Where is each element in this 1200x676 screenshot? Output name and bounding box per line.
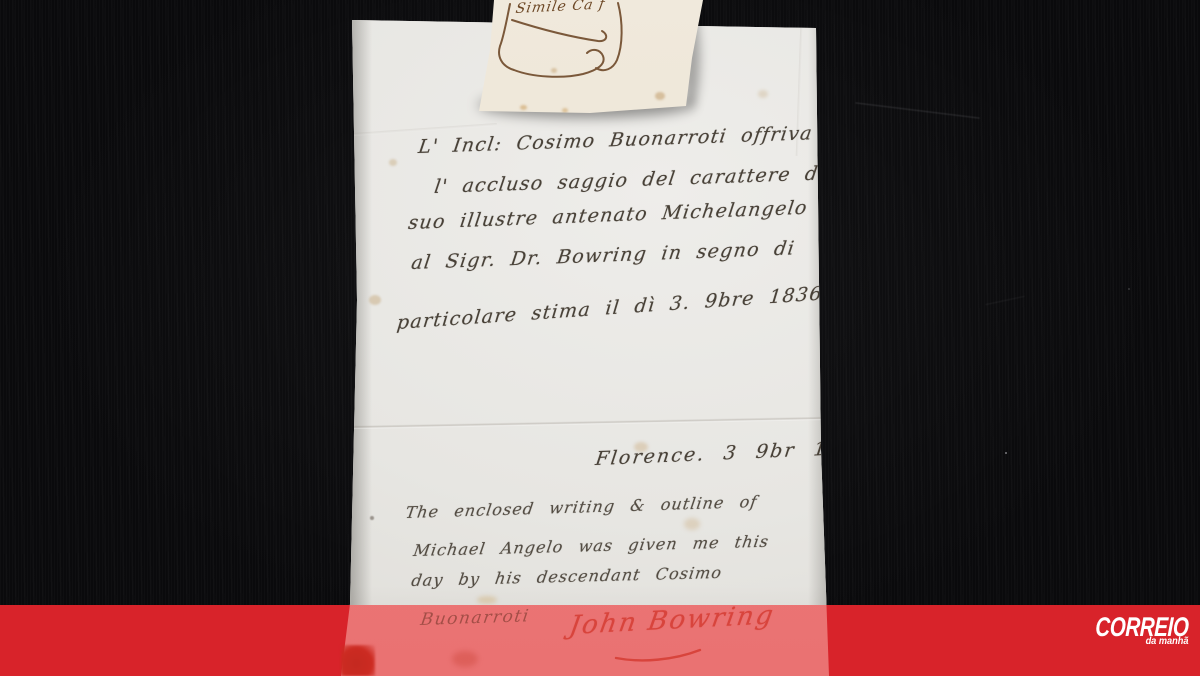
fox-stain [389, 159, 397, 166]
letter-line-english-1: The enclosed writing & outline of [404, 492, 759, 522]
letter-line-italian-2: l' accluso saggio del carattere del [433, 162, 840, 198]
fox-stain [369, 295, 381, 305]
dust-speck [1005, 452, 1007, 454]
cm-logo: CORREIO da manhã [1066, 615, 1189, 646]
cm-logo-sub: da manhã [1076, 637, 1189, 646]
fox-stain [758, 90, 768, 98]
ink-spot [370, 516, 374, 520]
red-banner: Buonarroti John Bowring CORREIO da manhã [0, 605, 1200, 676]
fox-stain [452, 651, 478, 667]
dust-speck [1128, 288, 1130, 290]
letter-line-english-4: Buonarroti [419, 606, 531, 630]
torn-paper-corner [341, 645, 375, 676]
banner-overlay-clip: Buonarroti John Bowring [0, 605, 1200, 676]
fox-stain [477, 596, 497, 604]
letter-line-italian-3: suo illustre antenato Michelangelo [407, 197, 809, 234]
letter-line-italian-1: L' Incl: Cosimo Buonarroti offriva [417, 122, 814, 158]
table-scratch [855, 102, 979, 118]
letter-line-english-2: Michael Angelo was given me this [412, 532, 770, 560]
signature-flourish [612, 647, 704, 663]
fox-stain [684, 518, 700, 530]
news-photo: L' Incl: Cosimo Buonarroti offriva l' ac… [0, 0, 1200, 676]
fold-crease [352, 416, 824, 429]
letter-line-italian-4: al Sigr. Dr. Bowring in segno di [410, 237, 797, 274]
letter-line-english-3: day by his descendant Cosimo [410, 563, 723, 590]
fragment-ink-drawing [470, 0, 720, 120]
letter-line-italian-5: particolare stima il dì 3. 9bre 1836 [396, 283, 824, 334]
table-scratch [985, 296, 1024, 305]
